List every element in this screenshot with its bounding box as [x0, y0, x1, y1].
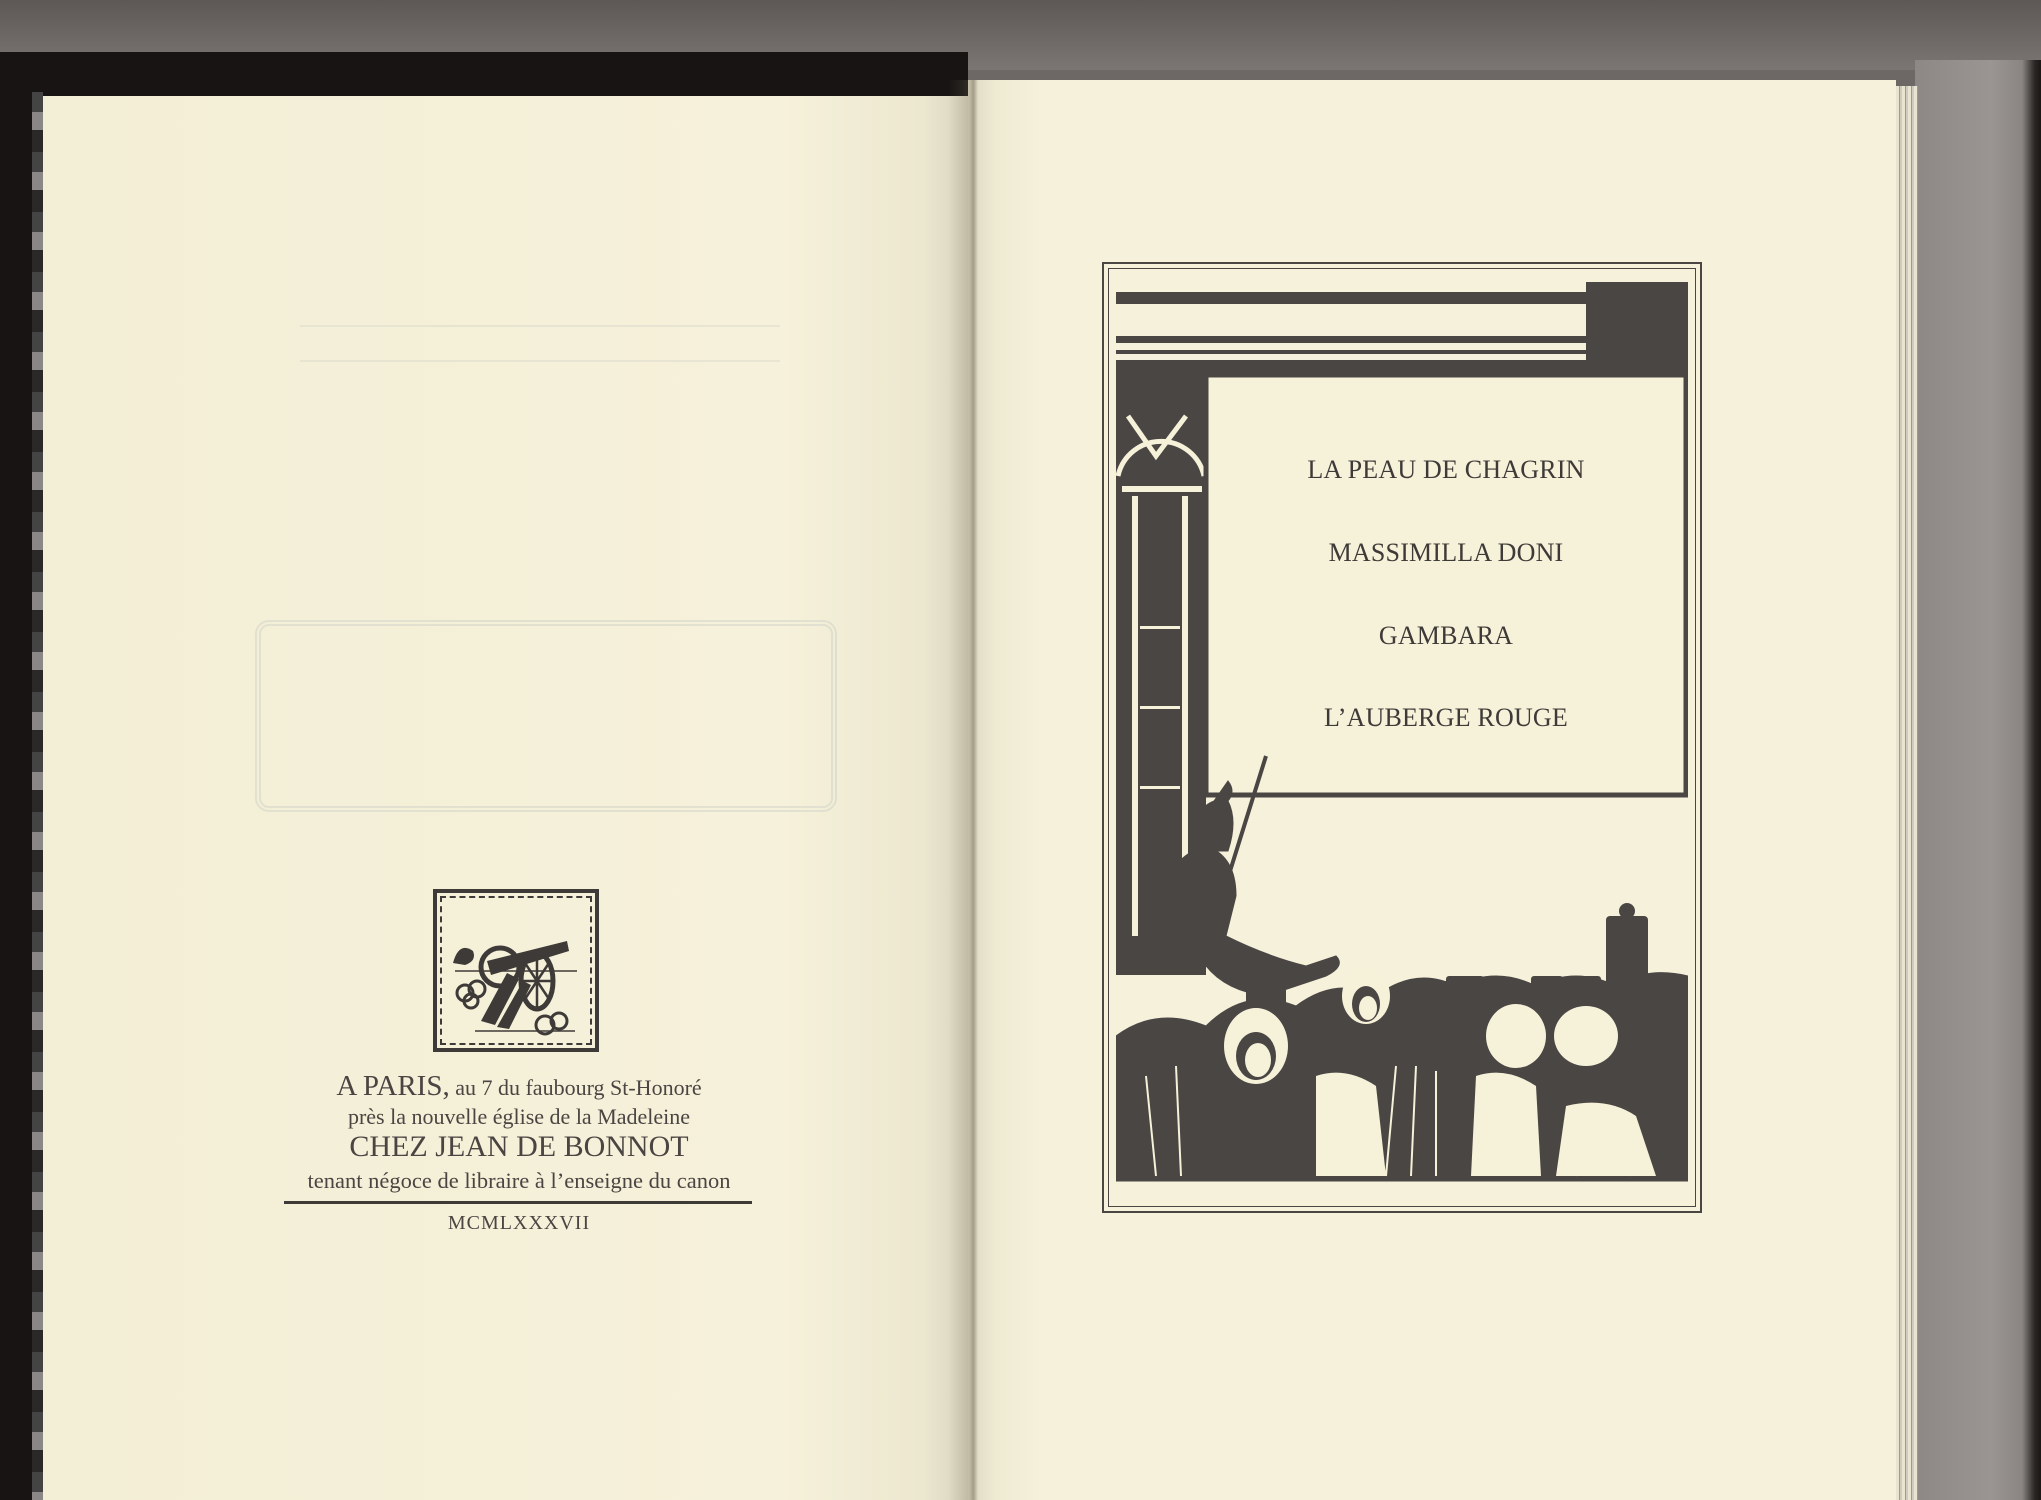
- page-edges: [1896, 86, 1918, 1500]
- cannon-emblem: [433, 889, 599, 1052]
- endpaper-strip: [32, 92, 43, 1500]
- show-through-frame: [255, 620, 837, 812]
- gutter: [948, 80, 978, 1500]
- imprint-rule: [284, 1201, 752, 1204]
- engraving-illustration: [1116, 276, 1688, 1199]
- cannon-icon: [445, 901, 587, 1040]
- imprint-address: A PARIS, au 7 du faubourg St-Honoré: [260, 1070, 778, 1103]
- imprint-publisher: CHEZ JEAN DE BONNOT: [260, 1130, 778, 1164]
- imprint-year: MCMLXXXVII: [260, 1212, 778, 1235]
- title-la-peau-de-chagrin: LA PEAU DE CHAGRIN: [1207, 455, 1685, 485]
- imprint-city: A PARIS,: [336, 1070, 449, 1102]
- imprint-trade: tenant négoce de libraire à l’enseigne d…: [260, 1168, 778, 1194]
- imprint-street: au 7 du faubourg St-Honoré: [450, 1075, 702, 1100]
- imprint-location: près la nouvelle église de la Madeleine: [260, 1104, 778, 1130]
- show-through-rule: [300, 325, 780, 327]
- title-l-auberge-rouge: L’AUBERGE ROUGE: [1207, 703, 1685, 733]
- title-gambara: GAMBARA: [1207, 621, 1685, 651]
- show-through-rule: [300, 360, 780, 362]
- title-massimilla-doni: MASSIMILLA DONI: [1207, 538, 1685, 568]
- background-right: [1915, 60, 2041, 1500]
